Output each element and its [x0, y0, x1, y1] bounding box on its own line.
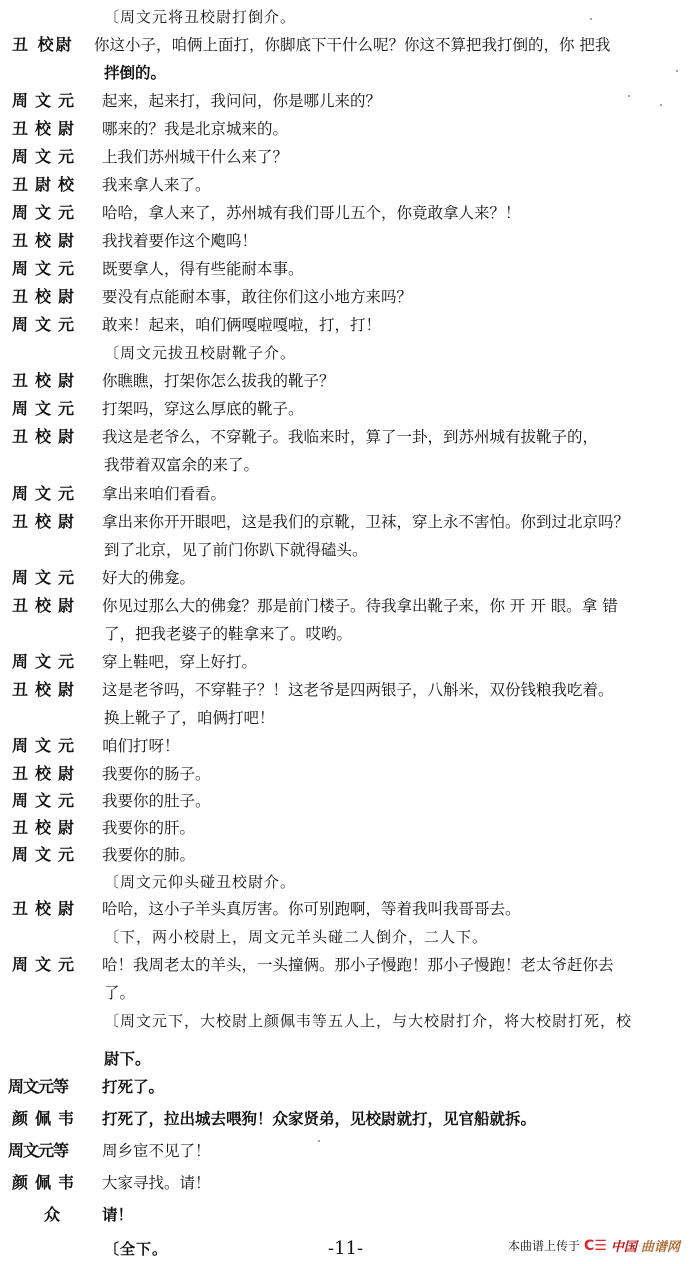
speaker-name: 丑校尉	[12, 675, 92, 705]
page-number: -11-	[328, 1238, 363, 1259]
speech-text: 打架吗，穿这么厚底的靴子。	[102, 394, 304, 424]
speech-text: 我要你的肺。	[102, 840, 195, 870]
stage-direction: 〔周文元下，大校尉上颜佩韦等五人上，与大校尉打介，将大校尉打死，校	[0, 1006, 700, 1036]
continuation-line: 到了北京，见了前门你趴下就得磕头。	[0, 535, 700, 565]
speech-text: 你见过那么大的佛龛？那是前门楼子。待我拿出靴子来，你 开 开 眼。拿 错	[102, 591, 618, 621]
speech-text: 我来拿人来了。	[102, 170, 211, 200]
continuation-line: 拌倒的。	[0, 58, 700, 88]
dialogue-line: 周文元 我要你的肚子。	[0, 786, 700, 816]
speaker-name: 周文元	[12, 198, 92, 228]
site-name-cn: 中国	[611, 1236, 637, 1255]
dialogue-line: 周文元 咱们打呀！	[0, 731, 700, 761]
dialogue-line: 周文元 既要拿人，得有些能耐本事。	[0, 254, 700, 284]
dialogue-line: 丑校尉 我找着要作这个飑呜！	[0, 226, 700, 256]
speech-text: 要没有点能耐本事，敢往你们这小地方来吗？	[102, 282, 412, 312]
speaker-name: 丑校尉	[12, 366, 92, 396]
site-name-qupu: 曲谱网	[641, 1236, 680, 1255]
speaker-name: 周文元等	[8, 1136, 88, 1166]
dialogue-line: 周文元 上我们苏州城干什么来了？	[0, 142, 700, 172]
speech-text: 哪来的？我是北京城来的。	[102, 114, 288, 144]
dialogue-line: 周文元 穿上鞋吧，穿上好打。	[0, 647, 700, 677]
speech-text: 咱们打呀！	[102, 731, 180, 761]
continuation-line: 尉下。	[0, 1044, 700, 1074]
speech-text: 好大的佛龛。	[102, 563, 195, 593]
speech-text: 拿出来你开开眼吧，这是我们的京靴，卫袜，穿上永不害怕。你到过北京吗？	[102, 507, 629, 537]
speaker-name: 丑校尉	[12, 591, 92, 621]
dialogue-line: 周文元等 打死了。	[0, 1072, 700, 1102]
dialogue-line: 周文元 拿出来咱们看看。	[0, 479, 700, 509]
dialogue-line: 周文元 我要你的肺。	[0, 840, 700, 870]
dialogue-line: 丑校尉 我要你的肝。	[0, 813, 700, 843]
speech-text: 上我们苏州城干什么来了？	[102, 142, 288, 172]
speaker-name: 周文元	[12, 950, 92, 980]
dialogue-line: 丑尉校 我来拿人来了。	[0, 170, 700, 200]
speech-text: 既要拿人，得有些能耐本事。	[102, 254, 304, 284]
speaker-name: 周文元	[12, 563, 92, 593]
speaker-name: 颜佩韦	[12, 1168, 92, 1198]
speech-text: 请！	[102, 1200, 133, 1230]
speaker-name: 丑校尉	[12, 507, 92, 537]
dialogue-line: 周文元 好大的佛龛。	[0, 563, 700, 593]
scan-speck	[590, 18, 592, 20]
speaker-name: 周文元	[12, 647, 92, 677]
continuation-line: 我带着双富余的来了。	[0, 450, 700, 480]
speaker-name: 丑校尉	[12, 226, 92, 256]
dialogue-line: 丑校尉 拿出来你开开眼吧，这是我们的京靴，卫袜，穿上永不害怕。你到过北京吗？	[0, 507, 700, 537]
speech-text: 我要你的肠子。	[102, 759, 211, 789]
speech-text: 哈！我周老太的羊头，一头撞俩。那小子慢跑！那小子慢跑！老太爷赶你去	[102, 950, 614, 980]
speech-text: 我要你的肝。	[102, 813, 195, 843]
speech-text: 起来，起来打，我问问，你是哪儿来的？	[102, 86, 381, 116]
dialogue-line: 丑校尉 这是老爷吗，不穿鞋子？！这老爷是四两银子，八斛米，双份钱粮我吃着。	[0, 675, 700, 705]
speaker-name: 周文元	[12, 86, 92, 116]
scan-speck	[318, 1140, 320, 1142]
speaker-name: 丑校尉	[12, 282, 92, 312]
continuation-line: 换上靴子了，咱俩打吧！	[0, 703, 700, 733]
speech-text: 这是老爷吗，不穿鞋子？！这老爷是四两银子，八斛米，双份钱粮我吃着。	[102, 675, 614, 705]
site-logo-icon: C☰	[584, 1238, 607, 1254]
stage-direction: 〔周文元将丑校尉打倒介。	[0, 2, 700, 32]
dialogue-line: 丑校尉 哈哈，这小子羊头真厉害。你可别跑啊，等着我叫我哥哥去。	[0, 894, 700, 924]
dialogue-line: 丑校尉 我要你的肠子。	[0, 759, 700, 789]
dialogue-line: 周文元 敢来！起来，咱们俩嘎啦嘎啦，打，打！	[0, 310, 700, 340]
speaker-name: 周文元等	[8, 1072, 88, 1102]
speech-text: 我要你的肚子。	[102, 786, 211, 816]
speech-text: 打死了，拉出城去喂狗！众家贤弟，见校尉就打，见官船就拆。	[102, 1104, 536, 1134]
speech-text: 大家寻找。请！	[102, 1168, 211, 1198]
continuation-line: 了，把我老婆子的鞋拿来了。哎哟。	[0, 619, 700, 649]
speech-text: 哈哈，拿人来了，苏州城有我们哥儿五个，你竟敢拿人来？！	[102, 198, 521, 228]
speaker-name: 周文元	[12, 840, 92, 870]
speech-text: 敢来！起来，咱们俩嘎啦嘎啦，打，打！	[102, 310, 381, 340]
speaker-name: 周文元	[12, 731, 92, 761]
dialogue-line: 周文元 打架吗，穿这么厚底的靴子。	[0, 394, 700, 424]
script-page: 〔周文元将丑校尉打倒介。 丑 校尉 你这小子，咱俩上面打，你脚底下干什么呢？你这…	[0, 0, 700, 1264]
speech-text: 打死了。	[102, 1072, 164, 1102]
stage-direction: 〔下，两小校尉上，周文元羊头碰二人倒介，二人下。	[0, 922, 700, 952]
scan-speck	[660, 104, 662, 106]
speech-text: 你这小子，咱俩上面打，你脚底下干什么呢？你这不算把我打倒的，你 把我	[94, 30, 610, 60]
speech-text: 周乡宦不见了！	[102, 1136, 211, 1166]
speech-text: 我这是老爷么，不穿靴子。我临来时，算了一卦，到苏州城有拔靴子的，	[102, 422, 598, 452]
speaker-name: 周文元	[12, 254, 92, 284]
speech-text: 你瞧瞧，打架你怎么拔我的靴子？	[102, 366, 335, 396]
scan-speck	[676, 70, 678, 72]
speaker-name: 颜佩韦	[12, 1104, 92, 1134]
speaker-name: 丑校尉	[12, 813, 92, 843]
speaker-name: 周文元	[12, 394, 92, 424]
dialogue-line: 众 请！	[0, 1200, 700, 1230]
watermark-prefix: 本曲谱上传于	[508, 1237, 580, 1254]
dialogue-line: 周文元等 周乡宦不见了！	[0, 1136, 700, 1166]
speech-text: 我找着要作这个飑呜！	[102, 226, 257, 256]
speech-text: 穿上鞋吧，穿上好打。	[102, 647, 257, 677]
speaker-name: 周文元	[12, 310, 92, 340]
speech-text: 拿出来咱们看看。	[102, 479, 226, 509]
dialogue-line: 丑 校尉 你这小子，咱俩上面打，你脚底下干什么呢？你这不算把我打倒的，你 把我	[0, 30, 700, 60]
speaker-name: 丑校尉	[12, 422, 92, 452]
scan-speck	[628, 95, 630, 97]
dialogue-line: 丑校尉 你见过那么大的佛龛？那是前门楼子。待我拿出靴子来，你 开 开 眼。拿 错	[0, 591, 700, 621]
dialogue-line: 周文元 哈！我周老太的羊头，一头撞俩。那小子慢跑！那小子慢跑！老太爷赶你去	[0, 950, 700, 980]
speaker-name: 周文元	[12, 142, 92, 172]
dialogue-line: 丑校尉 我这是老爷么，不穿靴子。我临来时，算了一卦，到苏州城有拔靴子的，	[0, 422, 700, 452]
speaker-name: 周文元	[12, 786, 92, 816]
speaker-name: 丑校尉	[12, 759, 92, 789]
dialogue-line: 周文元 起来，起来打，我问问，你是哪儿来的？	[0, 86, 700, 116]
dialogue-line: 颜佩韦 打死了，拉出城去喂狗！众家贤弟，见校尉就打，见官船就拆。	[0, 1104, 700, 1134]
continuation-line: 了。	[0, 978, 700, 1008]
speaker-name: 丑校尉	[12, 894, 92, 924]
dialogue-line: 颜佩韦 大家寻找。请！	[0, 1168, 700, 1198]
stage-direction: 〔周文元拔丑校尉靴子介。	[0, 338, 700, 368]
speaker-name: 丑 校尉	[12, 30, 92, 60]
speaker-name: 丑校尉	[12, 114, 92, 144]
dialogue-line: 丑校尉 哪来的？我是北京城来的。	[0, 114, 700, 144]
speaker-name: 周文元	[12, 479, 92, 509]
speech-text: 哈哈，这小子羊头真厉害。你可别跑啊，等着我叫我哥哥去。	[102, 894, 521, 924]
speaker-name: 丑尉校	[12, 170, 92, 200]
dialogue-line: 丑校尉 要没有点能耐本事，敢往你们这小地方来吗？	[0, 282, 700, 312]
site-watermark: 本曲谱上传于 C☰ 中国曲谱网	[508, 1236, 680, 1255]
stage-direction: 〔周文元仰头碰丑校尉介。	[0, 867, 700, 897]
dialogue-line: 周文元 哈哈，拿人来了，苏州城有我们哥儿五个，你竟敢拿人来？！	[0, 198, 700, 228]
dialogue-line: 丑校尉 你瞧瞧，打架你怎么拔我的靴子？	[0, 366, 700, 396]
